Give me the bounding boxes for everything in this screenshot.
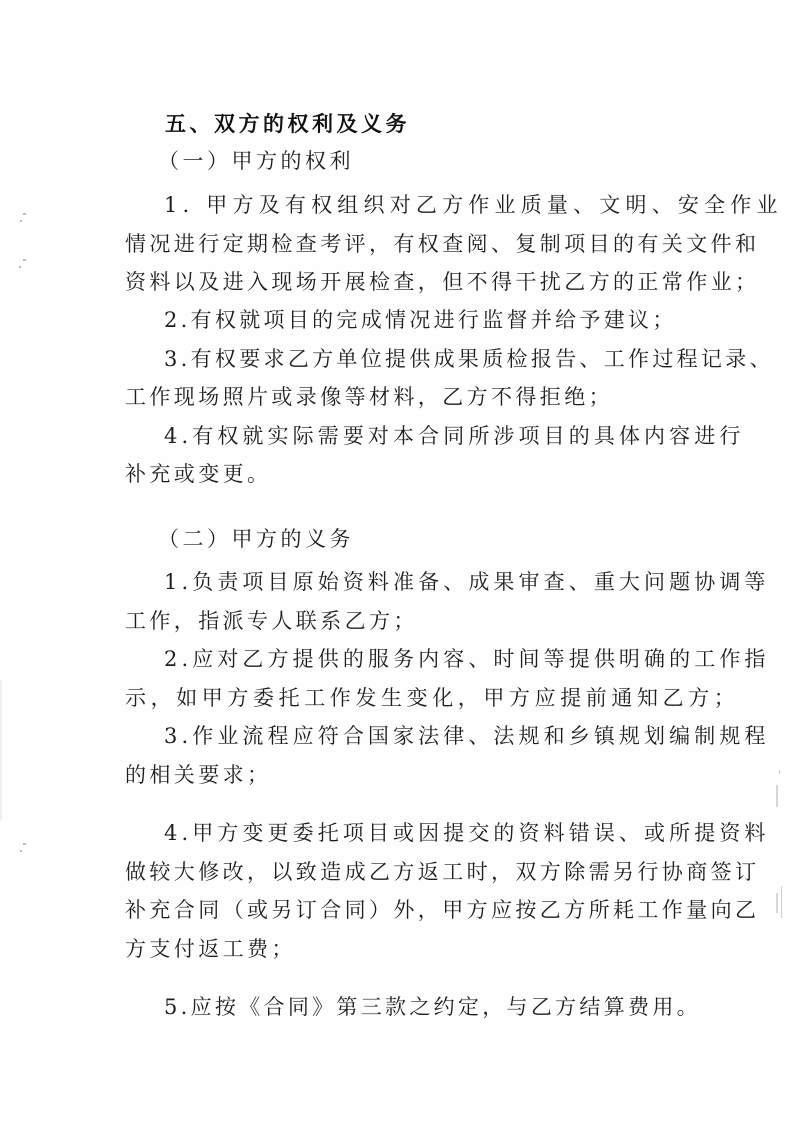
scan-mark	[779, 770, 780, 774]
paragraph-line: 2.有权就项目的完成情况进行监督并给予建议；	[164, 308, 677, 332]
scan-mark	[20, 850, 22, 852]
scan-mark	[776, 785, 778, 807]
scan-mark	[23, 259, 26, 261]
paragraph-line: 补充合同（或另订合同）外，甲方应按乙方所耗工作量向乙	[125, 898, 759, 922]
document-page: 五、双方的权利及义务（一）甲方的权利1. 甲方及有权组织对乙方作业质量、文明、安…	[0, 0, 793, 1121]
paragraph-line: 3.作业流程应符合国家法律、法规和乡镇规划编制规程	[164, 724, 770, 748]
paragraph-line: 工作现场照片或录像等材料，乙方不得拒绝；	[125, 385, 613, 409]
paragraph-line: 2.应对乙方提供的服务内容、时间等提供明确的工作指	[164, 647, 770, 671]
scan-mark	[0, 680, 2, 820]
paragraph-line: 1. 甲方及有权组织对乙方作业质量、文明、安全作业	[164, 193, 783, 217]
scan-mark	[23, 213, 26, 215]
paragraph-line: 5.应按《合同》第三款之约定，与乙方结算费用。	[164, 995, 701, 1019]
subsection-title: （一）甲方的权利	[158, 149, 354, 173]
paragraph-line: 方支付返工费；	[125, 937, 296, 961]
paragraph-line: 做较大修改，以致造成乙方返工时，双方除需另行协商签订	[125, 860, 759, 884]
paragraph-line: 4.有权就实际需要对本合同所涉项目的具体内容进行	[164, 424, 744, 448]
paragraph-line: 资料以及进入现场开展检查，但不得干扰乙方的正常作业；	[125, 270, 759, 294]
scan-mark	[776, 893, 778, 913]
paragraph-line: 工作，指派专人联系乙方；	[125, 609, 418, 633]
subsection-title: （二）甲方的义务	[158, 527, 354, 551]
paragraph-line: 情况进行定期检查考评，有权查阅、复制项目的有关文件和	[125, 232, 759, 256]
scan-mark	[19, 266, 21, 268]
paragraph-line: 1.负责项目原始资料准备、成果审查、重大问题协调等	[164, 570, 770, 594]
section-title: 五、双方的权利及义务	[165, 112, 410, 136]
scan-mark	[781, 886, 782, 918]
paragraph-line: 3.有权要求乙方单位提供成果质检报告、工作过程记录、	[164, 347, 774, 371]
scan-mark	[20, 220, 22, 222]
paragraph-line: 的相关要求；	[125, 763, 271, 787]
paragraph-line: 4.甲方变更委托项目或因提交的资料错误、或所提资料	[164, 821, 770, 845]
paragraph-line: 示，如甲方委托工作发生变化，甲方应提前通知乙方；	[125, 686, 739, 710]
paragraph-line: 补充或变更。	[125, 462, 271, 486]
scan-mark	[23, 843, 26, 845]
